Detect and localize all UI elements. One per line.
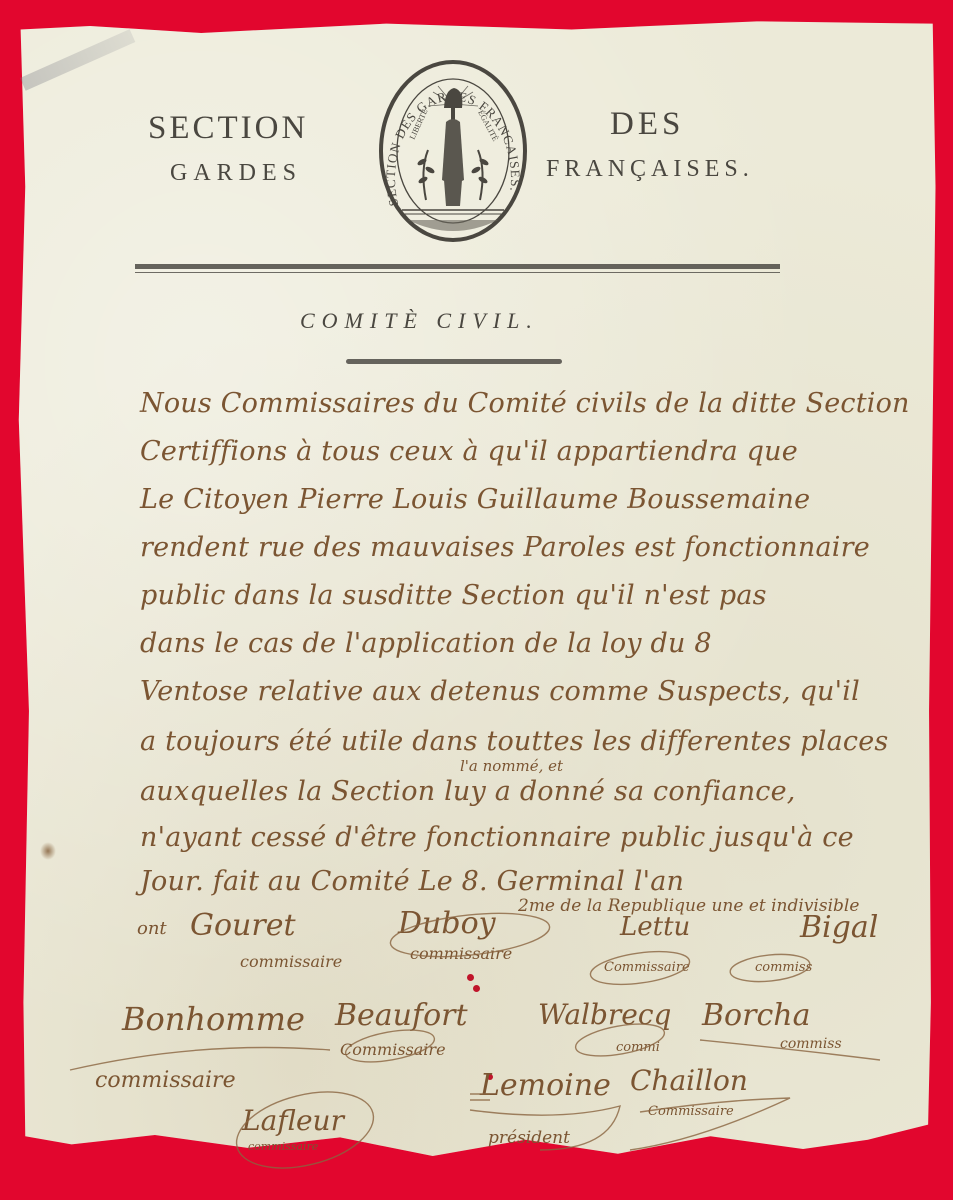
ink-stain — [40, 842, 56, 860]
signature-flourishes — [0, 0, 953, 1200]
